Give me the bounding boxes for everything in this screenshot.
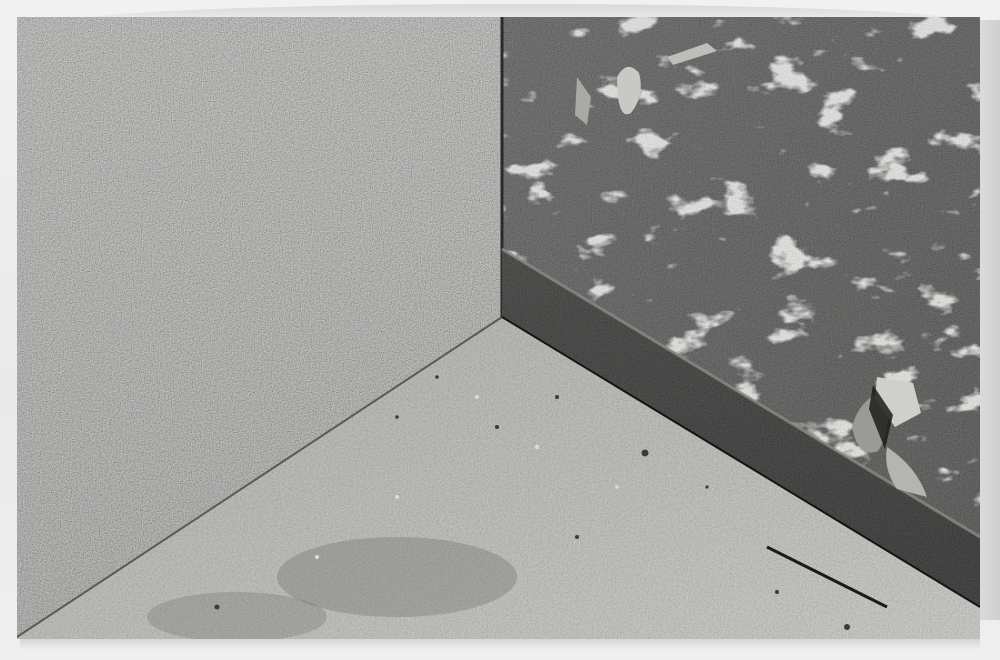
paper-bottom-shadow	[20, 638, 980, 650]
photograph-print	[17, 17, 980, 639]
room-corner-scene	[17, 17, 980, 639]
paper-edge-shadow	[978, 20, 1000, 620]
